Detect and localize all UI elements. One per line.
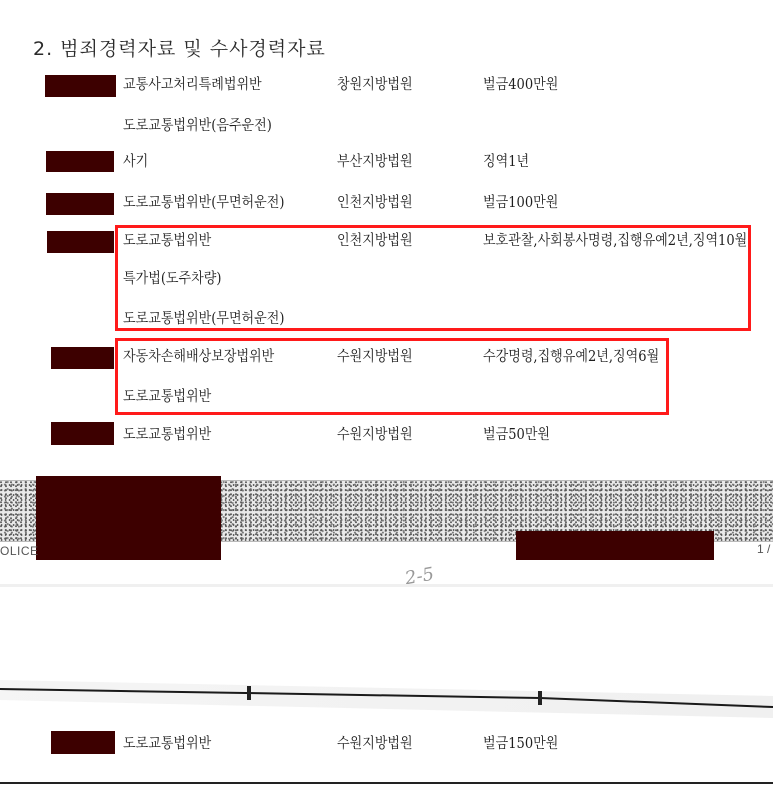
court-text: 수원지방법원 bbox=[337, 425, 413, 445]
offense-text: 교통사고처리특례법위반 bbox=[123, 75, 262, 95]
redaction-block-large bbox=[36, 476, 221, 560]
offense-text: 도로교통법위반 bbox=[123, 425, 211, 445]
court-text: 부산지방법원 bbox=[337, 152, 413, 172]
redaction-block bbox=[51, 731, 115, 754]
section-title: 2. 범죄경력자료 및 수사경력자료 bbox=[33, 34, 326, 61]
sentence-text: 보호관찰,사회봉사명령,집행유예2년,징역10월 bbox=[483, 231, 747, 251]
offense-text: 특가법(도주차량) bbox=[123, 269, 221, 289]
offense-text: 자동차손해배상보장법위반 bbox=[123, 347, 274, 367]
redaction-block bbox=[46, 151, 114, 172]
sentence-text: 징역1년 bbox=[483, 152, 529, 172]
page-divider bbox=[0, 584, 773, 587]
offense-text: 도로교통법위반 bbox=[123, 387, 211, 407]
court-text: 수원지방법원 bbox=[337, 734, 413, 754]
sentence-text: 벌금100만원 bbox=[483, 193, 558, 213]
footer-police-text: OLICE bbox=[0, 544, 39, 558]
scan-fold-line bbox=[0, 660, 773, 730]
court-text: 창원지방법원 bbox=[337, 75, 413, 95]
offense-text: 도로교통법위반(음주운전) bbox=[123, 116, 272, 136]
page-number: 1 / bbox=[757, 542, 770, 556]
offense-text: 도로교통법위반 bbox=[123, 734, 211, 754]
offense-text: 도로교통법위반(무면허운전) bbox=[123, 309, 284, 329]
sentence-text: 벌금400만원 bbox=[483, 75, 558, 95]
redaction-block-footer bbox=[516, 531, 714, 560]
offense-text: 도로교통법위반 bbox=[123, 231, 211, 251]
sentence-text: 벌금50만원 bbox=[483, 425, 550, 445]
redaction-block bbox=[46, 193, 114, 215]
sentence-text: 수강명령,집행유예2년,징역6월 bbox=[483, 347, 659, 367]
court-text: 수원지방법원 bbox=[337, 347, 413, 367]
court-text: 인천지방법원 bbox=[337, 193, 413, 213]
offense-text: 도로교통법위반(무면허운전) bbox=[123, 193, 284, 213]
sentence-text: 벌금150만원 bbox=[483, 734, 558, 754]
redaction-block bbox=[51, 347, 114, 369]
redaction-block bbox=[45, 75, 116, 97]
redaction-block bbox=[51, 422, 114, 445]
redaction-block bbox=[47, 231, 114, 253]
bottom-rule bbox=[0, 782, 773, 784]
court-text: 인천지방법원 bbox=[337, 231, 413, 251]
offense-text: 사기 bbox=[123, 152, 148, 172]
